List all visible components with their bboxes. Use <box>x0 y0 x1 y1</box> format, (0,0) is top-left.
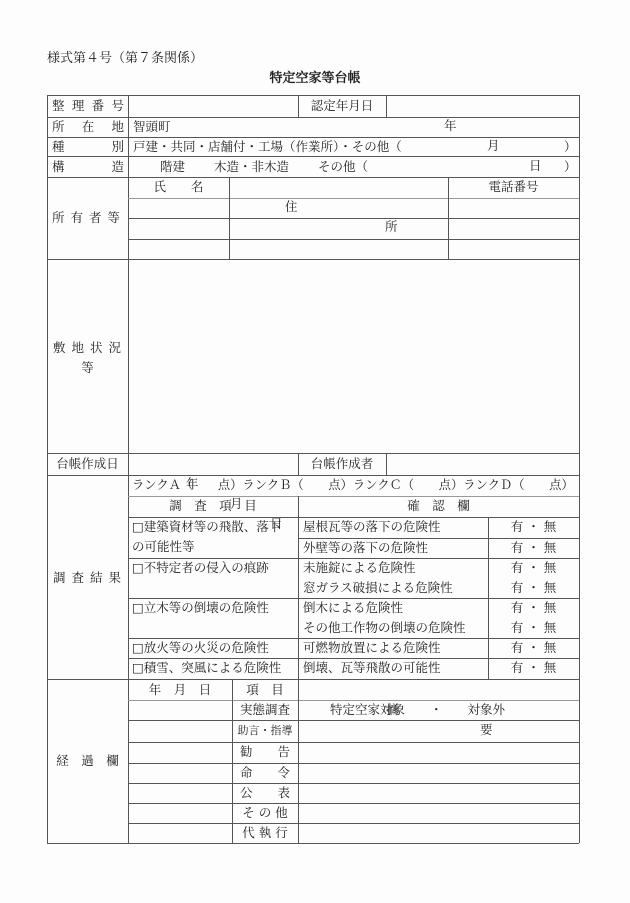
kozo-close-paren: ） <box>564 157 577 177</box>
survey-item-checkbox[interactable]: □積雪、突風による危険性 <box>132 658 281 678</box>
label-char: 所 <box>52 117 65 137</box>
site-label-line1: 敷 地 状 況 <box>47 338 128 358</box>
header-char: 要 <box>480 720 493 740</box>
header-char: 所 <box>385 217 398 237</box>
yes-no-select[interactable]: 有 ・ 無 <box>488 538 579 558</box>
row-line <box>128 742 579 743</box>
survey-confirm-header: 確 認 欄 <box>298 496 579 516</box>
shozaichi-label: 所 在 地 <box>52 117 124 137</box>
ledger-author-label: 台帳作成者 <box>298 454 386 474</box>
yes-no-select[interactable]: 有 ・ 無 <box>488 638 579 658</box>
row-line <box>128 783 579 784</box>
shubetsu-options[interactable]: 戸建・共同・店舗付・工場（作業所）・その他（ <box>133 137 533 157</box>
label-char: 理 <box>72 96 85 116</box>
kozo-label: 構 造 <box>52 157 124 177</box>
history-header-date: 年 月 日 <box>128 680 232 700</box>
confirm-item: 窓ガラス破損による危険性 <box>303 578 453 598</box>
col-line <box>298 496 299 679</box>
table-border-right <box>579 95 580 843</box>
yes-no-select[interactable]: 有 ・ 無 <box>488 558 579 578</box>
label-char: 号 <box>111 96 124 116</box>
shubetsu-label: 種 別 <box>52 137 124 157</box>
site-field[interactable] <box>133 264 573 449</box>
confirm-item: 可燃物放置による危険性 <box>303 638 441 658</box>
ledger-created-label: 台帳作成日 <box>47 454 128 474</box>
label-char: 整 <box>52 96 65 116</box>
survey-item-checkbox[interactable]: □建築資材等の飛散、落下 <box>132 517 281 537</box>
survey-item-checkbox[interactable]: □放火等の火災の危険性 <box>132 638 269 658</box>
shubetsu-close-paren: ） <box>564 137 577 157</box>
history-item-label: 勧 告 <box>232 742 298 762</box>
confirm-item: その他工作物の倒壊の危険性 <box>303 618 466 638</box>
confirm-item: 外壁等の落下の危険性 <box>303 538 428 558</box>
page-title: 特定空家等台帳 <box>0 67 630 86</box>
survey-item-checkbox[interactable]: □立木等の倒壊の危険性 <box>132 598 269 618</box>
history-summary-field[interactable]: 特定空家対象 ・ 対象外 <box>330 700 575 720</box>
confirm-item: 未施錠による危険性 <box>303 558 416 578</box>
survey-item-continued: の可能性等 <box>132 537 195 557</box>
kozo-other[interactable]: その他（ <box>318 157 368 177</box>
row-line <box>128 823 579 824</box>
label-char: 種 <box>52 137 65 157</box>
nintei-label: 認定年月日 <box>298 96 386 116</box>
history-item-label: 公 表 <box>232 783 298 803</box>
label-char: 造 <box>111 157 124 177</box>
label-char: 在 <box>82 117 95 137</box>
header-char: 住 <box>285 197 298 217</box>
seiri-bango-label: 整 理 番 号 <box>52 96 124 116</box>
site-label-line2: 等 <box>47 358 128 378</box>
history-item-label: 命 令 <box>232 763 298 783</box>
kozo-floors[interactable]: 階建 <box>160 157 185 177</box>
confirm-item: 屋根瓦等の落下の危険性 <box>303 517 441 537</box>
table-border-bottom <box>47 843 579 844</box>
yes-no-select[interactable]: 有 ・ 無 <box>488 578 579 598</box>
label-char: 構 <box>52 157 65 177</box>
confirm-item: 倒壊、瓦等飛散の可能性 <box>303 658 441 678</box>
history-item-label: 実態調査 <box>232 700 298 720</box>
owners-header-address: 住 所 <box>229 177 448 237</box>
row-line <box>128 763 579 764</box>
form-number: 様式第４号（第７条関係） <box>47 47 203 66</box>
owners-label: 所 有 者 等 <box>52 208 128 228</box>
label-char: 地 <box>111 117 124 137</box>
row-line <box>128 239 579 240</box>
history-item-label: そ の 他 <box>232 803 298 823</box>
history-item-label: 助言・指導 <box>232 721 298 741</box>
label-char: 別 <box>111 137 124 157</box>
owners-header-phone: 電話番号 <box>448 177 579 197</box>
row-line <box>128 803 579 804</box>
row-line <box>47 259 579 260</box>
label-char: 番 <box>92 96 105 116</box>
history-item-label: 代 執 行 <box>232 823 298 843</box>
owners-header-name: 氏 名 <box>128 177 229 197</box>
survey-item-checkbox[interactable]: □不特定者の侵入の痕跡 <box>132 558 269 578</box>
survey-items-header: 調 査 項 目 <box>128 496 298 516</box>
survey-ranks[interactable]: ランクＡ（ 点）ランクＢ（ 点）ランクＣ（ 点）ランクＤ（ 点） <box>132 475 578 495</box>
day-unit: 日 <box>529 156 542 176</box>
kozo-material[interactable]: 木造・非木造 <box>214 157 289 177</box>
history-label: 経 過 欄 <box>47 751 128 771</box>
shozaichi-field[interactable]: 智頭町 <box>133 117 573 137</box>
yes-no-select[interactable]: 有 ・ 無 <box>488 658 579 678</box>
history-header-item: 項 目 <box>232 680 298 700</box>
confirm-item: 倒木による危険性 <box>303 598 403 618</box>
yes-no-select[interactable]: 有 ・ 無 <box>488 517 579 537</box>
col-line <box>386 453 387 475</box>
yes-no-select[interactable]: 有 ・ 無 <box>488 598 579 618</box>
survey-label: 調 査 結 果 <box>47 568 128 588</box>
yes-no-select[interactable]: 有 ・ 無 <box>488 618 579 638</box>
